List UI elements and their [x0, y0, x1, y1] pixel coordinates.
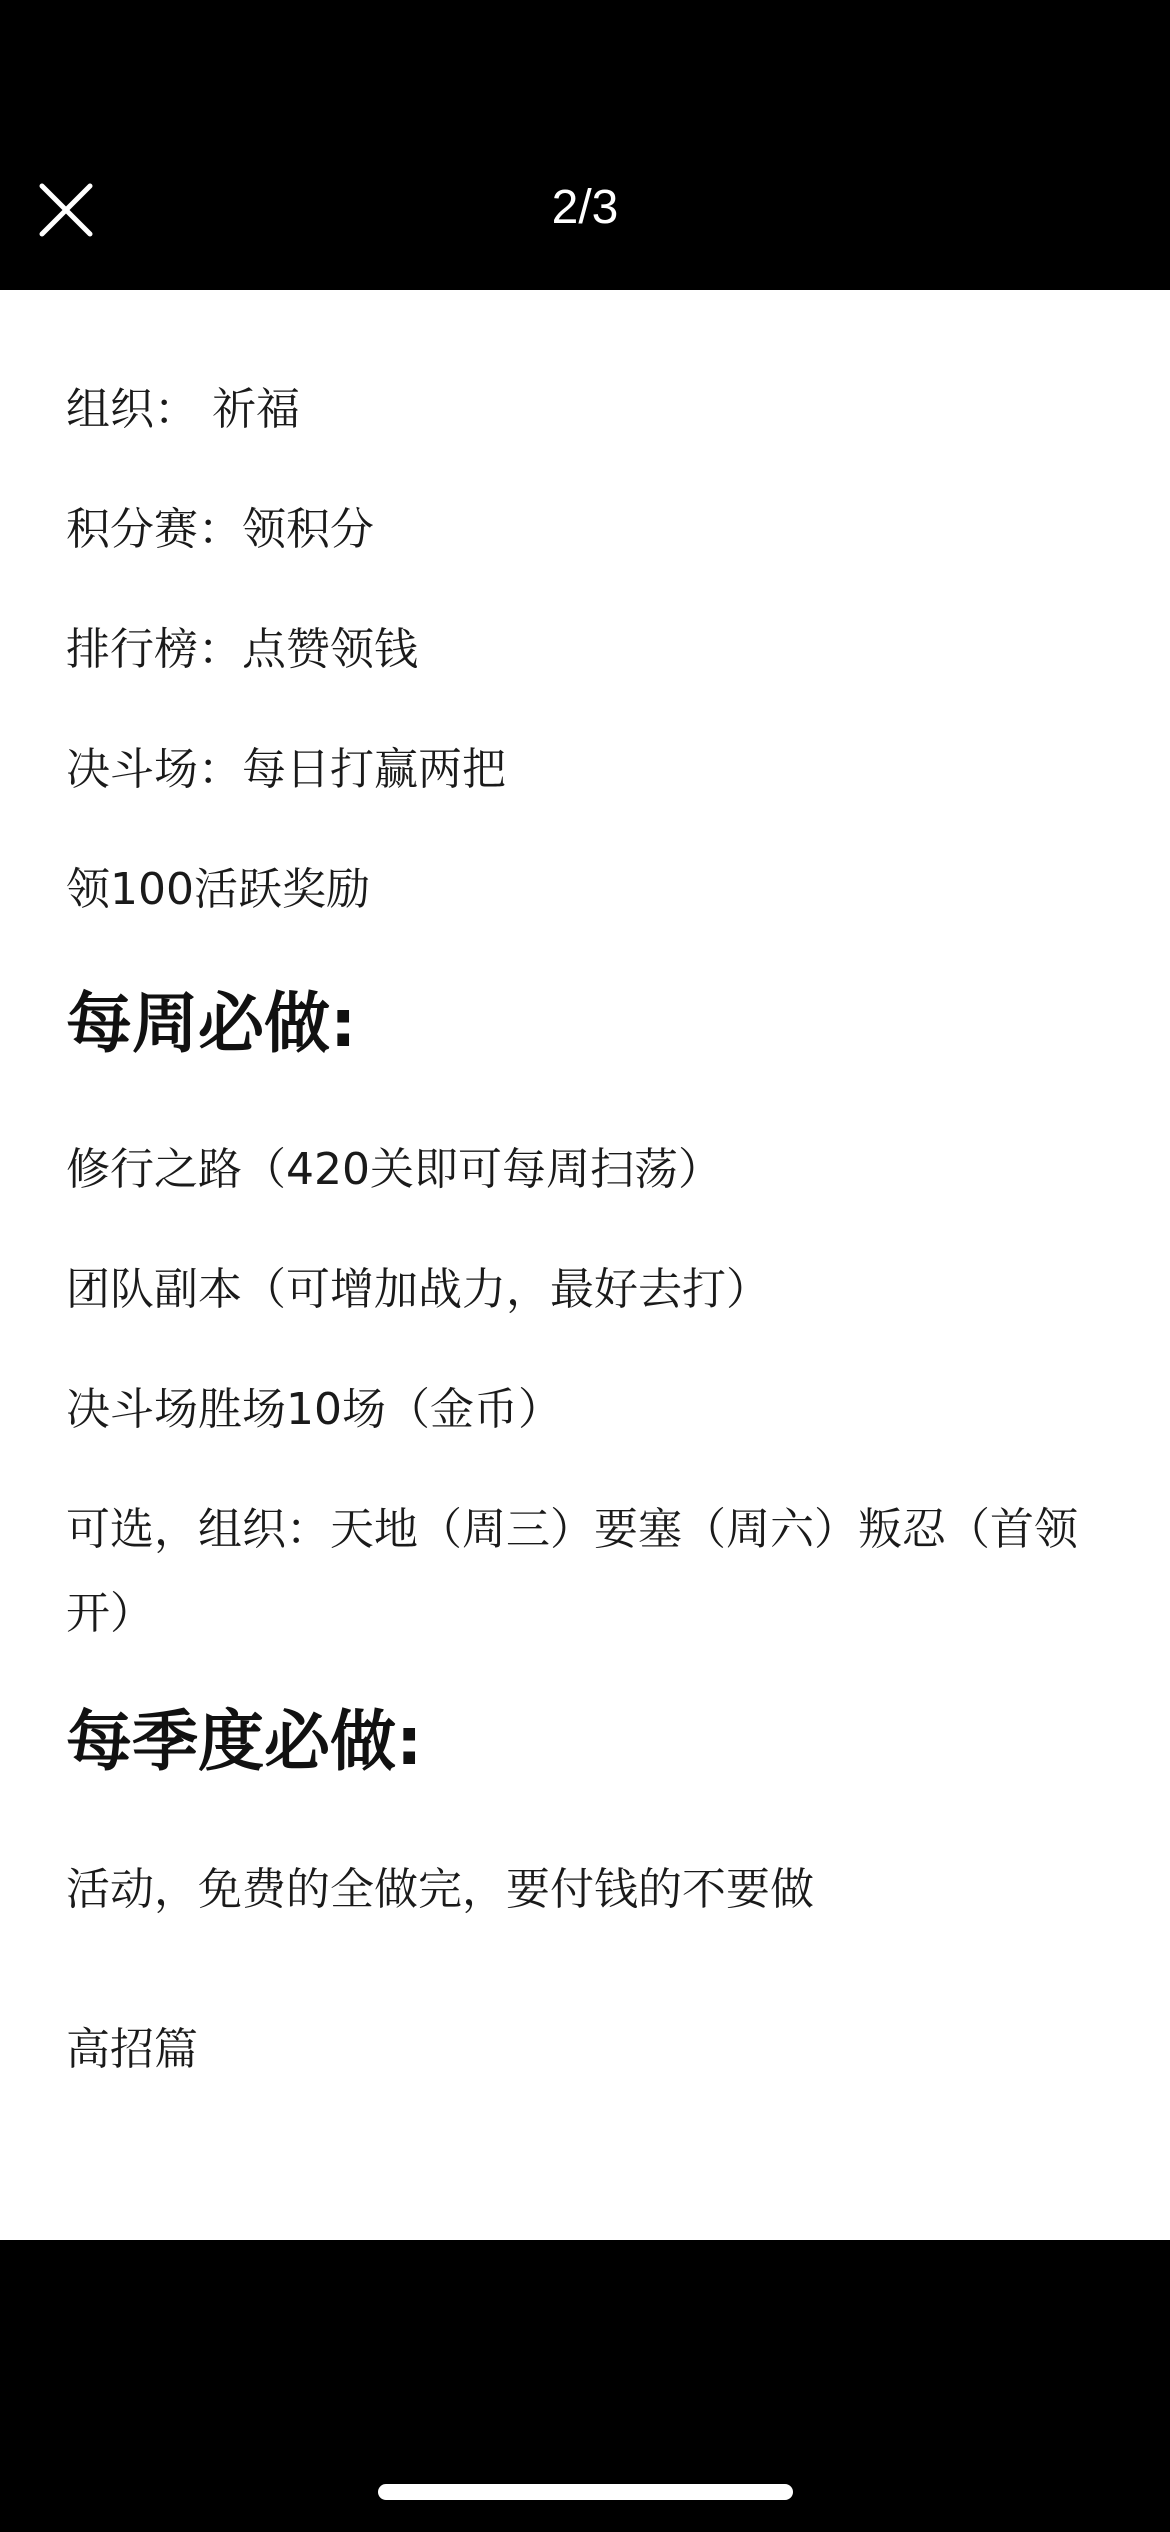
weekly-item: 团队副本（可增加战力，最好去打） — [66, 1248, 1110, 1332]
daily-item: 积分赛：领积分 — [66, 488, 1110, 572]
daily-item: 组织： 祈福 — [66, 368, 1110, 452]
document-page: 组织： 祈福 积分赛：领积分 排行榜：点赞领钱 决斗场：每日打赢两把 领100活… — [0, 290, 1170, 2240]
weekly-item: 可选，组织：天地（周三）要塞（周六）叛忍（首领开） — [66, 1488, 1110, 1656]
viewer-top-bar: 2/3 — [0, 0, 1170, 290]
weekly-item: 修行之路（420关即可每周扫荡） — [66, 1128, 1110, 1212]
weekly-item: 决斗场胜场10场（金币） — [66, 1368, 1110, 1452]
weekly-heading: 每周必做: — [66, 984, 356, 1064]
daily-item: 排行榜：点赞领钱 — [66, 608, 1110, 692]
daily-item: 决斗场：每日打赢两把 — [66, 728, 1110, 812]
home-indicator[interactable] — [378, 2484, 793, 2500]
seasonal-item: 活动，免费的全做完，要付钱的不要做 — [66, 1848, 1110, 1932]
seasonal-heading: 每季度必做: — [66, 1702, 422, 1782]
daily-item: 领100活跃奖励 — [66, 848, 1110, 932]
section-link: 高招篇 — [66, 2008, 1110, 2092]
page-counter: 2/3 — [0, 178, 1170, 238]
